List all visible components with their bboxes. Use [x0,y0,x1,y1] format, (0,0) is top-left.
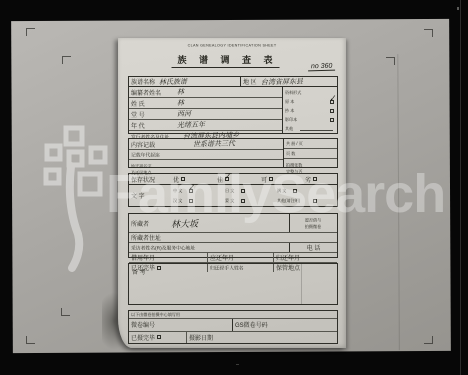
option-label: 中 文 [173,187,182,193]
option-label: 可 [261,175,267,184]
option-label: 佳 [217,175,223,184]
field-label: 电 话 [307,243,321,252]
panel-header: 资料形式 [285,89,319,95]
field-label: 共 册 / 页 [286,140,303,146]
field-label: 借用年月 [131,253,155,262]
table-row: 借用年月 应还年月 归还年月 [129,253,337,263]
format-panel: 资料形式 原 本 ✓ 抄 本 [282,87,337,133]
language-option: 其他(请注明) [277,196,329,206]
handwritten-value: 林 [177,87,184,97]
field-label: 所藏者 [131,219,167,228]
field-label: 文 字 [131,191,173,200]
table-row: 堂 号 西河 [129,109,282,120]
field-label: 已摄完毕 [131,333,155,342]
registration-mark [386,57,395,65]
registration-mark [424,29,433,37]
option-label: 日 文 [225,187,234,193]
checkbox [241,189,245,193]
option-label: 蒙 文 [225,197,234,203]
checkmark: ✓ [223,171,230,181]
condition-option: 可 [261,175,305,184]
option-label: 满 文 [277,187,286,193]
field-label: 年 代 [131,121,173,130]
language-option: 汉 文 [173,196,225,206]
field-label: 族谱名称 [131,77,155,86]
language-option: 日 文 [225,186,277,196]
table-cell: 页 数 [284,149,337,159]
field-label: 归还年月 [276,253,300,262]
option-label: 汉 文 [173,197,182,203]
field-label: 应还年月 [210,253,234,262]
field-label: 备 考 [132,267,146,276]
table-row: 所藏者 林大坂 愿否借与 拍摄微卷 [129,214,337,233]
field-label: 姓 氏 [131,99,173,108]
format-option: 原 本 ✓ [285,97,335,106]
blank-line [300,127,334,131]
table-row: 姓 氏 林 [129,98,282,109]
section-header: 以下由微卷拍摄中心填写用 [131,311,180,317]
handwritten-value: 林氏族谱 [159,76,187,87]
form-content: CLAN GENEALOGY IDENTIFICATION SHEET 族 谱 … [118,38,346,348]
section-condition: 保存状况 优 佳 ✓ 可 [128,173,338,207]
format-option: 影印本 [285,115,335,124]
table-row: 内容记载 世系谱共三代 [129,139,283,150]
checkmark: ✓ [187,183,194,193]
table-row: 记载年代起迄 [129,150,283,160]
film-speck [457,7,459,10]
field-label: 所藏者住址 [131,233,161,242]
option-label: 优 [173,175,179,184]
field-label: 愿否借与 拍摄微卷 [305,217,321,229]
checkbox [241,199,245,203]
table-row: 采访者姓名(R)及服务中心地址 电 话 [129,243,337,253]
format-option: 抄 本 [285,106,335,115]
checkbox [313,177,317,181]
condition-option: 佳 ✓ [217,175,261,184]
section-remarks: 备 考 [128,263,338,305]
registration-mark [61,308,70,316]
handwritten-value: 林大坂 [171,216,198,230]
checkbox [181,177,185,181]
handwritten-value: 西河 [177,109,191,119]
handwritten-value: 台湾省屏东县 [261,76,303,87]
option-label: 抄 本 [285,107,294,113]
table-row: 保存状况 优 佳 ✓ 可 [129,174,337,185]
field-label: 微卷编号 [131,320,155,329]
table-cell: 共 册 / 页 [284,139,337,149]
document-sheet: CLAN GENEALOGY IDENTIFICATION SHEET 族 谱 … [118,38,346,348]
section-identity: 族谱名称 林氏族谱 地 区 台湾省屏东县 编纂者姓名 林 [128,76,338,134]
board-crease [397,54,400,350]
table-row: 已摄完毕 摄影日期 [129,332,337,344]
language-option: 蒙 文 [225,196,277,206]
checkmark: ✓ [328,94,335,104]
format-option-other: 其他 [285,124,335,133]
checkbox [313,199,317,203]
form-title: 族 谱 调 查 表 [172,53,280,68]
option-label: 影印本 [285,116,297,122]
handwritten-value: 世系谱共三代 [193,138,235,149]
table-row: 微卷编号 GS微卷号码 [129,319,337,332]
field-label: 地 区 [243,77,257,86]
field-label: 记载年代起迄 [131,151,177,158]
field-label: GS微卷号码 [235,320,268,329]
checkbox [293,189,297,193]
checkbox [330,109,334,113]
field-label: 内容记载 [131,140,189,149]
table-row: 年 代 光绪五年 [129,120,282,131]
table-row: 以下由微卷拍摄中心填写用 [129,311,337,319]
table-row: 编纂者姓名 林 [129,87,282,98]
field-label: 采访者姓名(R)及服务中心地址 [131,244,195,251]
registration-mark [26,336,35,344]
microfilm-frame: CLAN GENEALOGY IDENTIFICATION SHEET 族 谱 … [0,0,468,375]
condition-option: 优 [173,175,217,184]
field-label: 编纂者姓名 [131,88,173,97]
field-label: 页 数 [286,150,295,156]
language-option: 满 文 [277,186,329,196]
table-row: 文 字 中 文 ✓ 日 文 满 文 [129,185,337,206]
handwritten-value: 光绪五年 [177,120,205,131]
checkbox [269,177,273,181]
option-label: 其他 [285,125,293,131]
registration-mark [62,56,71,64]
table-row: 族谱名称 林氏族谱 地 区 台湾省屏东县 [129,77,337,87]
checkbox [189,199,193,203]
option-label: 其他(请注明) [277,197,300,203]
registration-mark [424,336,433,344]
field-label: 堂 号 [131,110,173,119]
section-owner: 所藏者 林大坂 愿否借与 拍摄微卷 所藏者住址 采访者姓名(R)及服务中心地址 … [128,213,338,258]
film-speck [236,364,239,365]
film-edge-line [460,0,461,375]
checkbox [330,118,334,122]
language-option: 中 文 ✓ [173,186,225,196]
field-label: 摄影日期 [189,333,213,342]
section-contents: 内容记载 世系谱共三代 记载年代起迄 始迁祖名字 及迁居地点 共 册 / 页 [128,138,338,168]
checkbox [157,335,161,339]
handwritten-value: 林 [177,98,184,108]
field-label: 保存状况 [131,175,173,184]
table-row: 所藏者住址 [129,233,337,243]
divider [301,264,302,304]
registration-mark [26,28,35,36]
option-label: 劣 [305,175,311,184]
section-microfilm-center: 以下由微卷拍摄中心填写用 微卷编号 GS微卷号码 已摄完毕 摄影日期 [128,310,338,344]
sheet-number: no 360 [308,63,336,72]
condition-option: 劣 [305,175,349,184]
option-label: 原 本 [285,98,294,104]
form-english-title: CLAN GENEALOGY IDENTIFICATION SHEET [161,44,302,48]
